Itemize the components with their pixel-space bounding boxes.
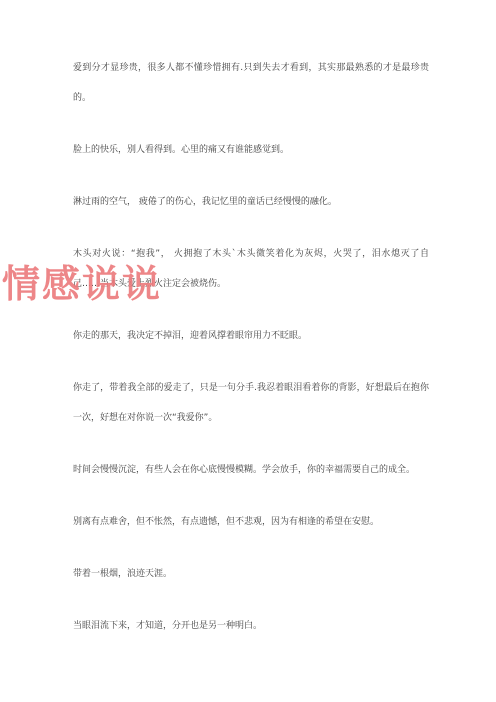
- paragraph: 木头对火说：“抱我”， 火拥抱了木头`木头微笑着化为灰烬，火哭了，泪水熄灭了自己…: [73, 239, 429, 299]
- paragraph: 你走了，带着我全部的爱走了，只是一句分手.我忍着眼泪看着你的背影，好想最后在抱你…: [73, 373, 429, 433]
- paragraph: 当眼泪流下来，才知道，分开也是另一种明白。: [73, 611, 429, 641]
- paragraph: 时间会慢慢沉淀，有些人会在你心底慢慢模糊。学会放手，你的幸福需要自己的成全。: [73, 455, 429, 485]
- paragraph: 脸上的快乐，别人看得到。心里的痛又有谁能感觉到。: [73, 135, 429, 165]
- paragraph: 你走的那天，我决定不掉泪，迎着风撑着眼帘用力不眨眼。: [73, 321, 429, 351]
- paragraph: 带着一根烟，浪迹天涯。: [73, 559, 429, 589]
- paragraph: 爱到分才显珍贵，很多人都不懂珍惜拥有.只到失去才看到，其实那最熟悉的才是最珍贵的…: [73, 53, 429, 113]
- paragraph: 淋过雨的空气， 疲倦了的伤心，我记忆里的童话已经慢慢的融化。: [73, 187, 429, 217]
- article-body: 爱到分才显珍贵，很多人都不懂珍惜拥有.只到失去才看到，其实那最熟悉的才是最珍贵的…: [73, 53, 429, 663]
- paragraph: 别离有点难舍，但不怅然，有点遗憾，但不悲观，因为有相逢的希望在安慰。: [73, 507, 429, 537]
